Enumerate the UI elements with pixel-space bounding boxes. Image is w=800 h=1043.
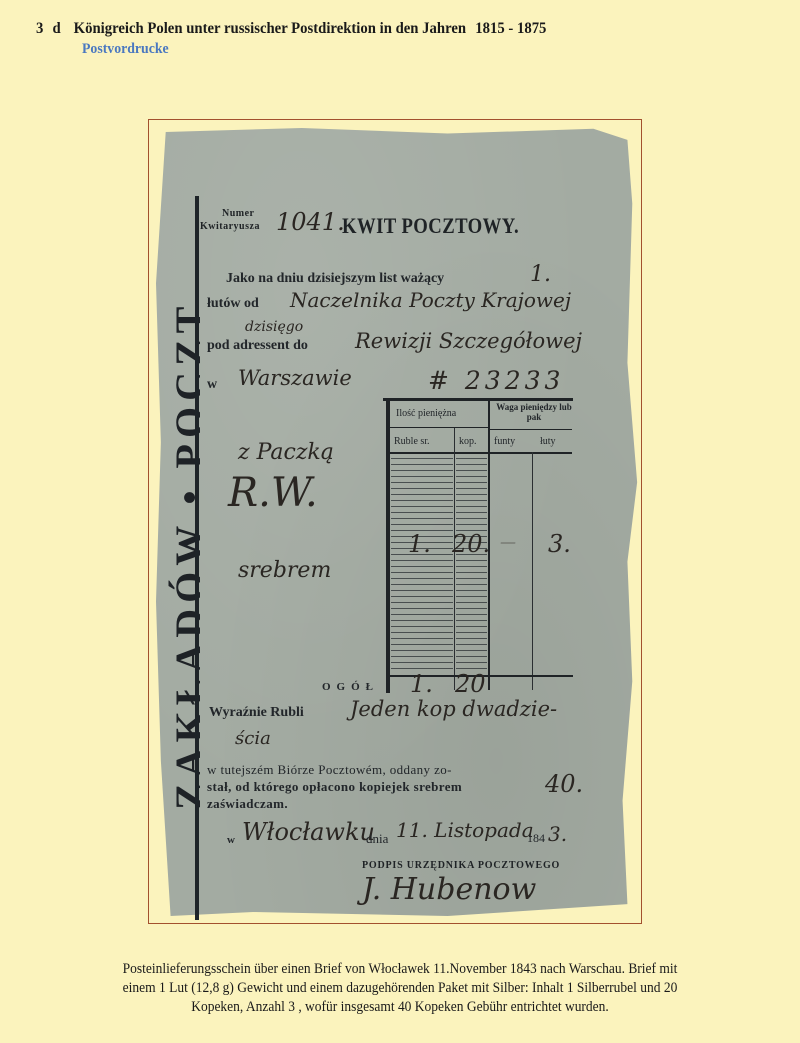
words-value: Jeden kop dwadzie- bbox=[350, 697, 557, 721]
page-heading: 3 d Königreich Polen unter russischer Po… bbox=[36, 20, 546, 38]
table-top-rule bbox=[383, 398, 573, 401]
cell-kop: 20. bbox=[452, 530, 490, 558]
col-luty: łuty bbox=[540, 436, 556, 447]
numer-label: Numer bbox=[222, 208, 255, 219]
table-group-money: Ilość pieniężna bbox=[396, 408, 456, 419]
place-prefix: w bbox=[227, 834, 235, 846]
col-kop: kop. bbox=[459, 436, 477, 447]
signature-label: Podpis Urzędnika Pocztowego bbox=[362, 860, 560, 871]
table-header-rule bbox=[390, 427, 488, 428]
para-line-2: stał, od którego opłacono kopiejek srebr… bbox=[207, 779, 462, 795]
cell-luty: 3. bbox=[548, 530, 571, 558]
note-silver: srebrem bbox=[238, 558, 331, 583]
para-line-1: w tutejszém Biórze Pocztowém, oddany zo- bbox=[207, 762, 452, 778]
fee-value: 40. bbox=[545, 770, 583, 798]
words-label: Wyraźnie Rubli bbox=[209, 705, 304, 721]
receipt-side-strip: ZAKŁADÓW • POCZT bbox=[160, 190, 200, 920]
receipt-title: KWIT POCZTOWY. bbox=[342, 213, 519, 239]
col-ruble: Ruble sr. bbox=[394, 436, 430, 447]
ruble-ruled-area bbox=[391, 458, 453, 674]
cell-funty: — bbox=[500, 532, 516, 551]
note-initials: R.W. bbox=[228, 470, 318, 516]
table-subheader-rule bbox=[390, 452, 488, 454]
caption-line-2: einem 1 Lut (12,8 g) Gewicht und einem d… bbox=[47, 979, 754, 998]
line-city-label: w bbox=[207, 377, 217, 393]
line-address-value: Rewizji Szczegółowej bbox=[355, 329, 582, 353]
date-value: 11. Listopada bbox=[396, 818, 534, 842]
line-city-value: Warszawie bbox=[238, 366, 352, 390]
note-parcel: z Paczką bbox=[238, 440, 334, 465]
col-funty: funty bbox=[494, 436, 515, 447]
table-kop-divider bbox=[454, 428, 455, 690]
dnia-label: dnia bbox=[366, 831, 388, 847]
line-from-value: Naczelnika Poczty Krajowej bbox=[290, 288, 571, 312]
table-header-rule-2 bbox=[490, 429, 572, 430]
total-ruble: 1. bbox=[410, 670, 433, 698]
place-value: Włocławku bbox=[242, 818, 375, 846]
total-kop: 20 bbox=[455, 670, 486, 698]
page-subtitle: Postvordrucke bbox=[82, 41, 169, 58]
words-value-2: ścia bbox=[235, 728, 271, 749]
kwitaryusza-label: Kwitaryusza bbox=[200, 221, 260, 232]
table-left-rule bbox=[386, 398, 390, 693]
page-years: 1815 - 1875 bbox=[475, 20, 546, 37]
registration-number: # 23233 bbox=[428, 366, 564, 395]
table-subheader-rule-2 bbox=[490, 452, 572, 454]
line-from-label: łutów od bbox=[207, 296, 259, 312]
page-title: Königreich Polen unter russischer Postdi… bbox=[74, 20, 466, 37]
kop-ruled-area bbox=[456, 458, 487, 674]
receipt-number: 1041. bbox=[276, 208, 345, 236]
section-number: 3 bbox=[36, 20, 43, 37]
year-printed: 184 bbox=[527, 831, 545, 846]
signature: J. Hubenow bbox=[362, 872, 536, 907]
receipt-border-line bbox=[195, 196, 199, 920]
line-address-label: pod adressent do bbox=[207, 338, 308, 354]
caption: Posteinlieferungsschein über einen Brief… bbox=[20, 960, 780, 1017]
line-weight-label: Jako na dniu dzisiejszym list ważący bbox=[226, 271, 444, 287]
table-group-weight: Waga pieniędzy lub pak bbox=[496, 402, 572, 422]
total-label: Ogół bbox=[322, 681, 379, 693]
table-luty-divider bbox=[532, 452, 533, 690]
cell-ruble: 1. bbox=[408, 530, 431, 558]
caption-line-3: Kopeken, Anzahl 3 , wofür insgesamt 40 K… bbox=[47, 998, 754, 1017]
year-hand: 3. bbox=[548, 822, 567, 846]
line-from-value-2: dzisięgo bbox=[245, 319, 303, 335]
caption-line-1: Posteinlieferungsschein über einen Brief… bbox=[47, 960, 754, 979]
section-letter: d bbox=[53, 20, 61, 37]
line-weight-value: 1. bbox=[530, 262, 551, 287]
para-line-3: zaświadczam. bbox=[207, 796, 288, 812]
